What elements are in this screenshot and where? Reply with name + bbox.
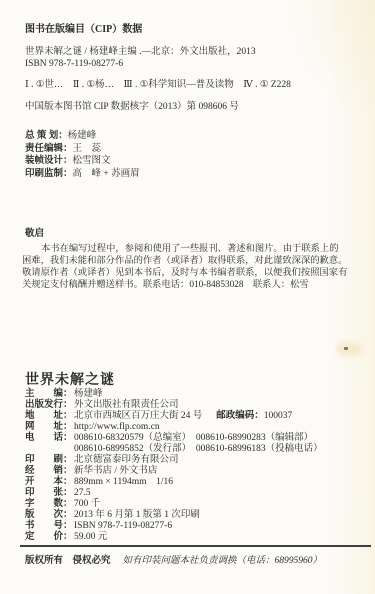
pub-value: 新华书店 / 外文书店 (74, 466, 157, 476)
pub-row-editor-in-chief: 主 编：杨建峰 (25, 389, 365, 400)
pub-row-printer: 印 刷：北京德富泰印务有限公司 (25, 455, 365, 466)
pub-row-address: 地 址：北京市西城区百万庄大街 24 号邮政编码：100037 (25, 411, 365, 422)
pub-row-price: 定 价：59.00 元 (25, 532, 365, 543)
pub-row-sheets: 印 张：27.5 (25, 488, 365, 499)
credit-row-designer: 装帧设计：松雪图文 (25, 155, 140, 168)
pub-value: 北京德富泰印务有限公司 (74, 455, 179, 465)
publication-info-section: 主 编：杨建峰 出版发行：外文出版社有限责任公司 地 址：北京市西城区百万庄大街… (25, 389, 365, 543)
pub-row-isbn: 书 号：ISBN 978-7-119-08277-6 (25, 521, 365, 532)
pub-row-word-count: 字 数：700 千 (25, 499, 365, 510)
pub-value: ISBN 978-7-119-08277-6 (74, 521, 172, 531)
pub-label: 经 销： (25, 466, 74, 477)
pub-label: 网 址： (25, 422, 74, 433)
pub-row-phone-2: 008610-68995852（发行部） 008610-68996183（投稿电… (25, 444, 365, 455)
credits-section: 总 策 划：杨建峰 责任编辑：王 蕊 装帧设计：松雪图文 印刷监制：高 峰 + … (25, 130, 140, 180)
pub-value: 27.5 (74, 488, 91, 498)
pub-label: 印 张： (25, 488, 74, 499)
pub-label: 字 数： (25, 499, 74, 510)
cip-registry-line: 中国版本图书馆 CIP 数据核字（2013）第 098606 号 (25, 101, 359, 113)
cip-classification-line: Ⅰ . ①世… Ⅱ . ①杨… Ⅲ . ①科学知识—普及读物 Ⅳ . ① Z22… (25, 79, 359, 91)
pub-value: 北京市西城区百万庄大街 24 号 (74, 411, 202, 421)
credit-label: 装帧设计： (25, 156, 73, 166)
cip-header: 图书在版编目（CIP）数据 (25, 24, 359, 36)
rights-statement: 版权所有 侵权必究 (25, 556, 111, 566)
credit-row-chief-planner: 总 策 划：杨建峰 (25, 130, 140, 143)
credit-row-print-supervisor: 印刷监制：高 峰 + 苏画眉 (25, 168, 140, 181)
pub-row-edition: 版 次：2013 年 6 月第 1 版第 1 次印刷 (25, 510, 365, 521)
pub-label: 电 话： (25, 433, 74, 444)
divider-line (20, 545, 371, 547)
pub-label: 出版发行： (25, 400, 74, 411)
credit-label: 责任编辑： (25, 144, 73, 154)
credit-label: 总 策 划： (25, 131, 68, 141)
credit-value: 杨建峰 (68, 131, 97, 141)
pub-label: 印 刷： (25, 455, 74, 466)
notice-line: 困难，我们未能和部分作品的作者（或译者）取得联系，对此谨致深深的歉意。 (22, 255, 361, 267)
cip-isbn-line: ISBN 978-7-119-08277-6 (25, 58, 359, 70)
scan-smudge (336, 342, 362, 356)
cip-section: 图书在版编目（CIP）数据 世界未解之谜 / 杨建峰主编 .—北京：外文出版社，… (25, 24, 359, 113)
pub-label: 地 址： (25, 411, 74, 422)
credit-value: 高 峰 + 苏画眉 (73, 169, 140, 179)
pub-value: 杨建峰 (74, 389, 103, 399)
pub-row-distributor: 经 销：新华书店 / 外文书店 (25, 466, 365, 477)
pub-row-publisher: 出版发行：外文出版社有限责任公司 (25, 400, 365, 411)
cip-title-line: 世界未解之谜 / 杨建峰主编 .—北京：外文出版社，2013 (25, 46, 359, 58)
scan-speck (344, 347, 348, 350)
pub-value: 008610-68995852（发行部） 008610-68996183（投稿电… (74, 444, 323, 454)
pub-value: 2013 年 6 月第 1 版第 1 次印刷 (74, 510, 200, 520)
pub-label: 版 次： (25, 510, 74, 521)
copyright-footer: 版权所有 侵权必究如有印装问题本社负责调换（电话：68995960） (25, 552, 365, 566)
pub-label: 开 本： (25, 477, 74, 488)
pub-value: 外文出版社有限责任公司 (74, 400, 179, 410)
notice-title: 敬启 (25, 228, 361, 240)
pub-value: 700 千 (74, 499, 100, 509)
pub-value: http://www.flp.com.cn (74, 422, 160, 432)
credit-row-editor: 责任编辑：王 蕊 (25, 143, 140, 156)
notice-line: 敬请原作者（或译者）见到本书后，及时与本书编者联系，以便我们按照国家有 (22, 267, 361, 279)
credit-label: 印刷监制： (25, 169, 73, 179)
pub-label: 定 价： (25, 532, 74, 543)
pub-value: 889mm × 1194mm 1/16 (74, 477, 173, 487)
pub-row-website: 网 址：http://www.flp.com.cn (25, 422, 365, 433)
pub-value: 008610-68320579（总编室） 008610-68990283（编辑部… (74, 433, 313, 443)
pub-row-phone-1: 电 话：008610-68320579（总编室） 008610-68990283… (25, 433, 365, 444)
pub-label: 书 号： (25, 521, 74, 532)
book-title: 世界未解之谜 (25, 369, 115, 389)
credit-value: 松雪图文 (73, 156, 111, 166)
pub-value: 59.00 元 (74, 532, 107, 542)
credit-value: 王 蕊 (73, 144, 102, 154)
pub-row-format: 开 本：889mm × 1194mm 1/16 (25, 477, 365, 488)
notice-line: 本书在编写过程中，参阅和使用了一些报刊、著述和图片。由于联系上的 (22, 243, 361, 255)
exchange-note: 如有印装问题本社负责调换（电话：68995960） (123, 556, 323, 566)
postal-code-label: 邮政编码： (216, 411, 264, 421)
book-copyright-page: 图书在版编目（CIP）数据 世界未解之谜 / 杨建峰主编 .—北京：外文出版社，… (0, 0, 375, 594)
postal-code-value: 100037 (264, 411, 293, 421)
pub-label: 主 编： (25, 389, 74, 400)
notice-line: 关规定支付稿酬并赠送样书。联系电话：010-84853028 联系人：松雪 (22, 279, 361, 291)
acknowledgement-notice: 敬启 本书在编写过程中，参阅和使用了一些报刊、著述和图片。由于联系上的 困难，我… (22, 228, 361, 291)
